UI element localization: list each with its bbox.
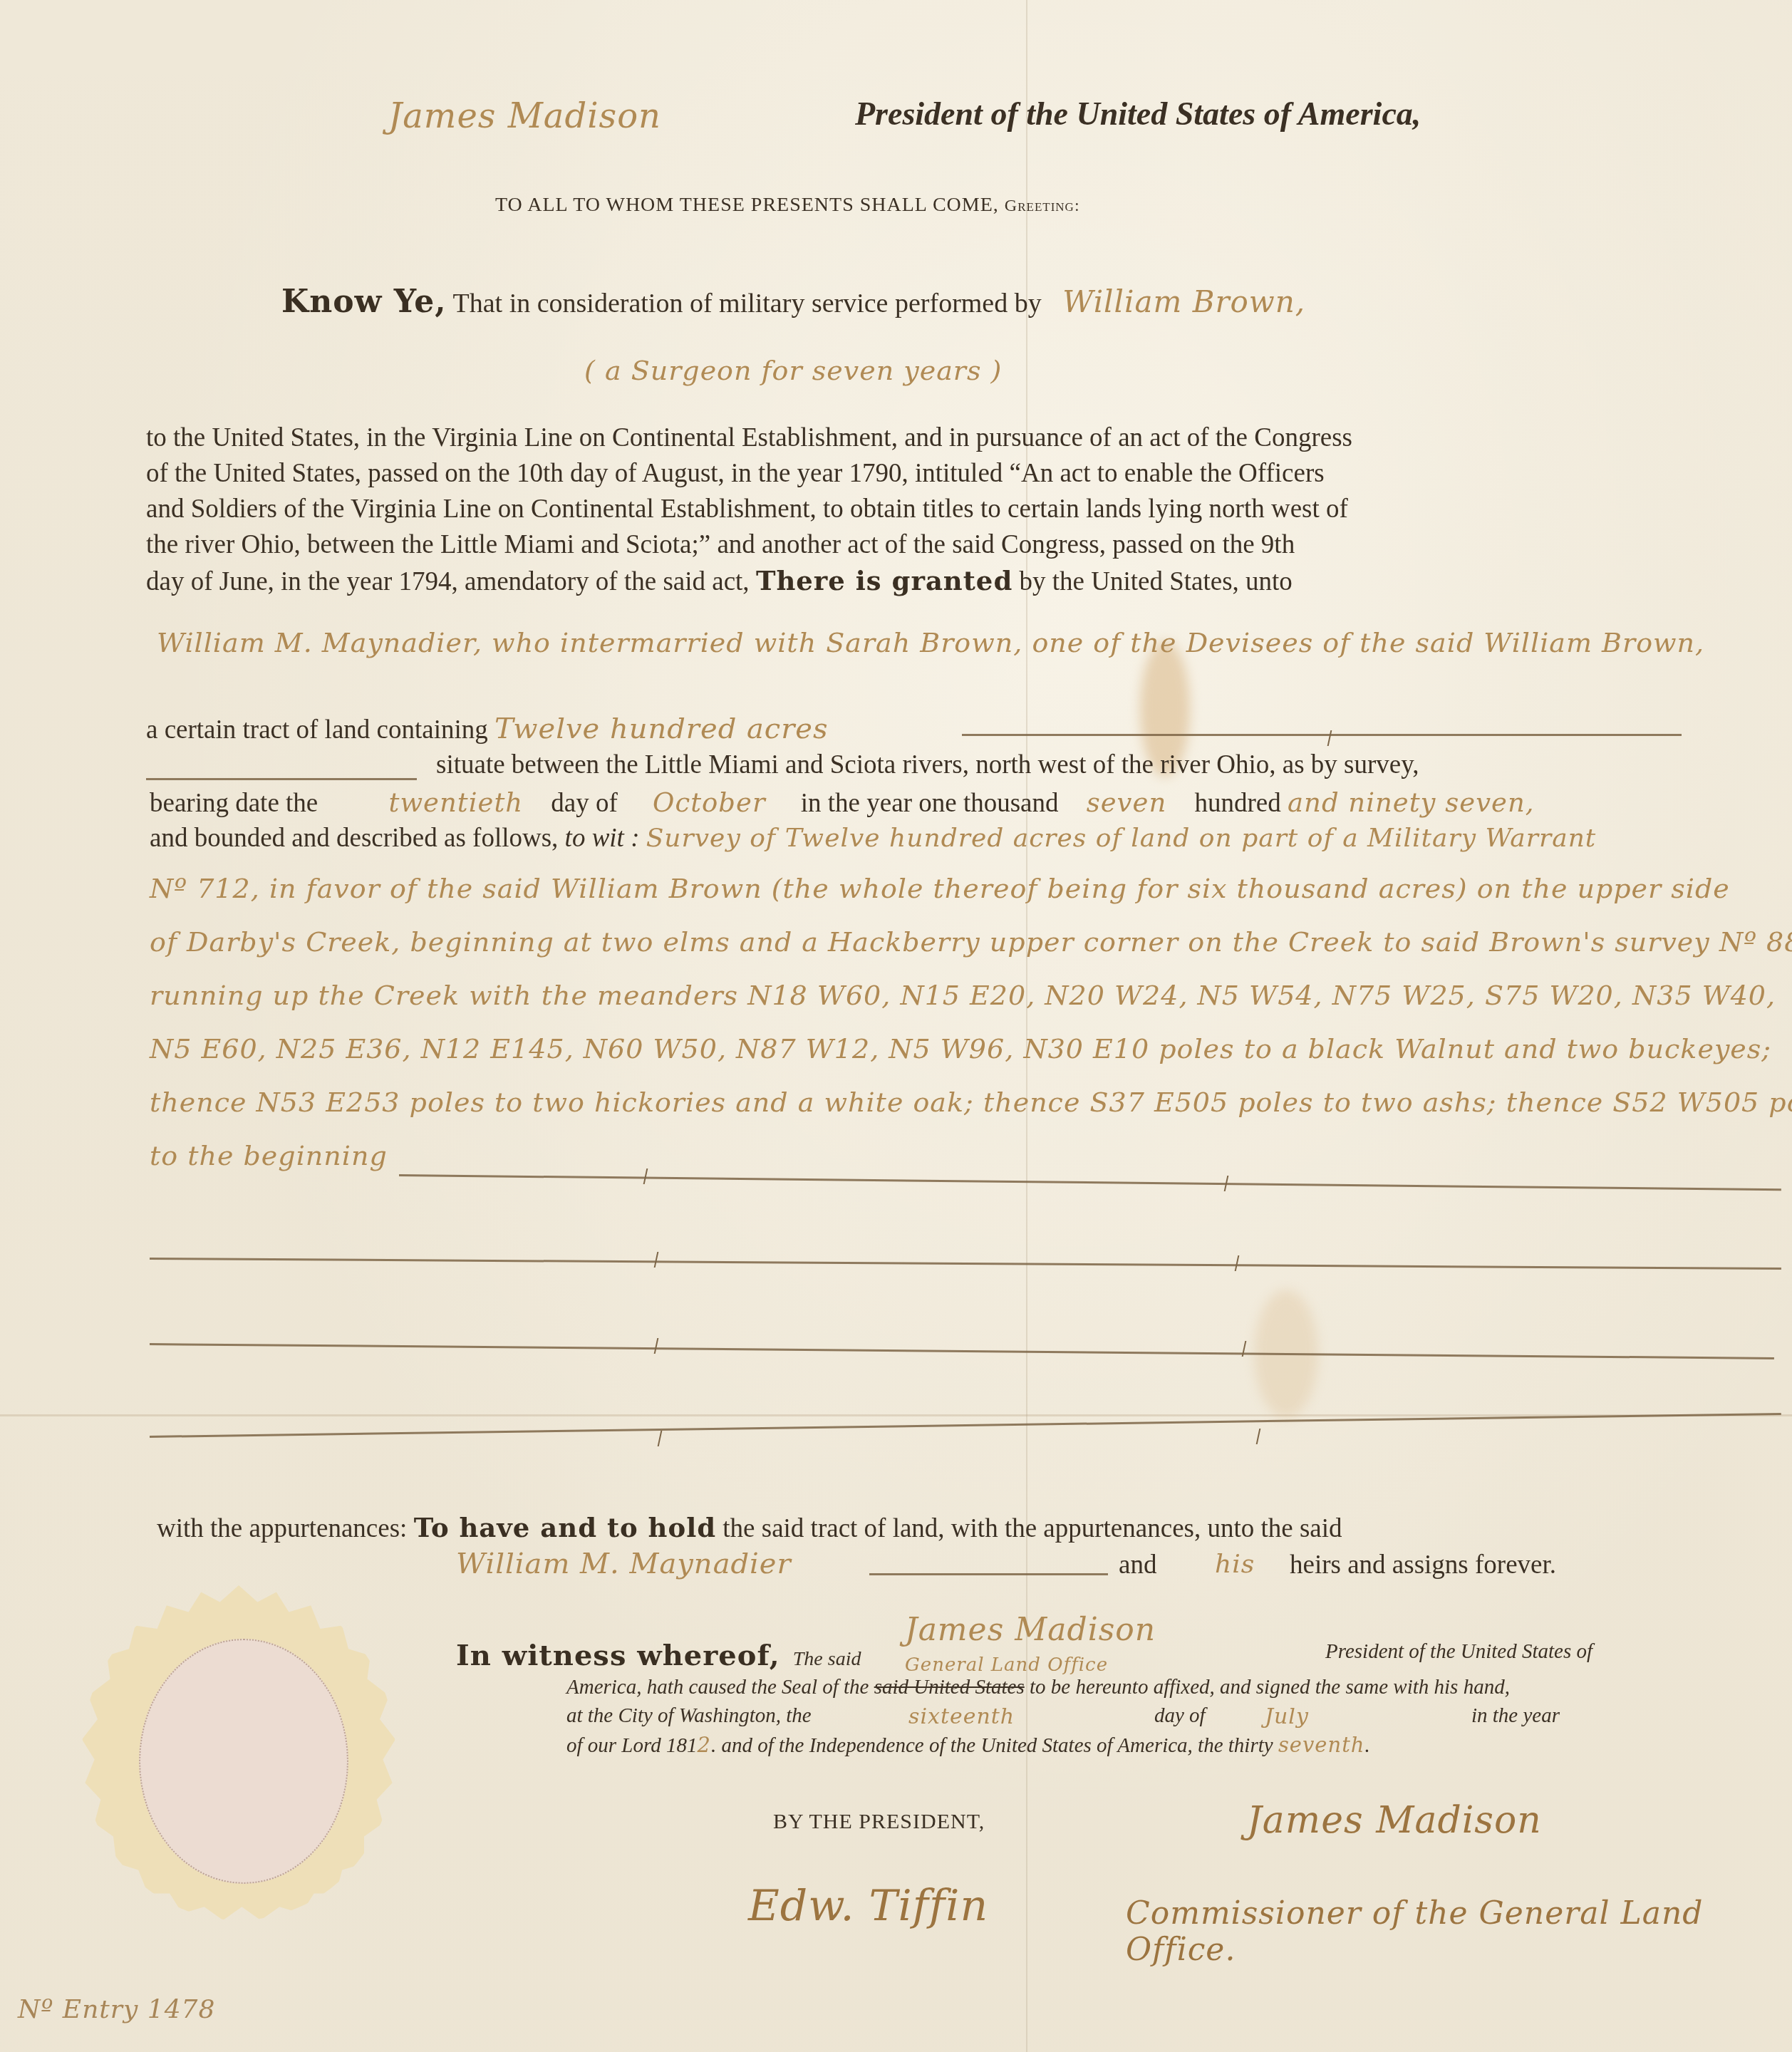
survey-month: October	[653, 787, 765, 818]
bounds-line: and bounded and described as follows, to…	[150, 823, 1596, 854]
witness-line-2a: America, hath caused the Seal of the	[566, 1676, 869, 1699]
seal-wafer	[139, 1639, 348, 1884]
granted-line-before: day of June, in the year 1794, amendator…	[146, 567, 750, 596]
granted-line: day of June, in the year 1794, amendator…	[146, 565, 1293, 597]
tract-line: a certain tract of land containing Twelv…	[146, 712, 829, 745]
know-ye-line: Know Ye, That in consideration of milita…	[281, 284, 1305, 320]
granted-emphasis: There is granted	[756, 565, 1012, 596]
fill-rule	[869, 1573, 1108, 1575]
survey-text-line: Nº 712, in favor of the said William Bro…	[150, 873, 1730, 904]
fill-rule	[150, 1413, 1781, 1438]
know-ye-lead: Know Ye,	[281, 284, 447, 320]
independence-text: . and of the Independence of the United …	[711, 1734, 1273, 1757]
year-digit: 2	[697, 1733, 710, 1757]
day-of-label: day of	[551, 789, 618, 818]
rule-tick	[654, 1252, 659, 1268]
the-said-label: The said	[793, 1648, 861, 1670]
habendum-grantee: William M. Maynadier	[456, 1548, 792, 1580]
survey-text-line: to the beginning	[150, 1140, 388, 1171]
witness-line-3c: in the year	[1471, 1704, 1560, 1728]
granted-line-after: by the United States, unto	[1020, 567, 1293, 596]
rule-tick	[654, 1338, 659, 1354]
president-signature: James Madison	[1247, 1799, 1542, 1842]
tract-acres: Twelve hundred acres	[494, 712, 829, 745]
habendum-line: with the appurtenances: To have and to h…	[157, 1512, 1342, 1544]
situate-line: situate between the Little Miami and Sci…	[436, 750, 1419, 780]
entry-number-note: Nº Entry 1478	[18, 1995, 215, 2024]
greeting-suffix: Greeting:	[1005, 197, 1080, 215]
grantee-line: William M. Maynadier, who intermarried w…	[157, 627, 1704, 658]
witness-title: President of the United States of	[1325, 1640, 1592, 1664]
witness-president-signature: James Madison	[905, 1612, 1156, 1648]
rule-tick	[1327, 730, 1332, 746]
witness-lead: In witness whereof,	[456, 1639, 780, 1672]
witness-line-3b: day of	[1154, 1704, 1206, 1728]
commissioner-title: Commissioner of the General Land Office.	[1126, 1895, 1792, 1968]
line-end: .	[1364, 1734, 1369, 1757]
witness-line-4: of our Lord 1812. and of the Independenc…	[566, 1733, 1370, 1758]
witness-line-3a: at the City of Washington, the	[566, 1704, 812, 1728]
to-wit-label: to wit :	[565, 824, 640, 853]
independence-ordinal: seventh	[1278, 1733, 1365, 1757]
survey-century: seven	[1087, 787, 1167, 818]
survey-text-line: thence N53 E253 poles to two hickories a…	[150, 1087, 1792, 1118]
survey-text-line: of Darby's Creek, beginning at two elms …	[150, 926, 1792, 958]
know-ye-text: That in consideration of military servic…	[453, 289, 1042, 318]
lord-year-prefix: of our Lord 181	[566, 1734, 697, 1757]
by-the-president: BY THE PRESIDENT,	[773, 1810, 985, 1834]
rule-tick	[1256, 1429, 1261, 1444]
survey-year-rest: and ninety seven,	[1288, 787, 1535, 818]
header-president-signature: James Madison	[388, 96, 661, 136]
insert-general-land-office: General Land Office	[905, 1654, 1108, 1676]
year-label: in the year one thousand	[801, 789, 1059, 818]
habendum-text: the said tract of land, with the appurte…	[723, 1514, 1342, 1543]
rule-tick	[658, 1431, 663, 1446]
rule-tick	[1235, 1255, 1240, 1271]
witness-line-2b: to be hereunto affixed, and signed the s…	[1030, 1676, 1510, 1699]
tract-label: a certain tract of land containing	[146, 715, 488, 745]
struck-said-united-states: said United States	[874, 1676, 1025, 1699]
survey-day: twentieth	[389, 787, 524, 818]
witness-day: sixteenth	[908, 1704, 1015, 1729]
survey-text-line: N5 E60, N25 E36, N12 E145, N60 W50, N87 …	[150, 1033, 1771, 1064]
habendum-label: with the appurtenances:	[157, 1514, 407, 1543]
greeting-text: TO ALL TO WHOM THESE PRESENTS SHALL COME…	[495, 194, 999, 216]
survey-date-line: bearing date the twentieth day of Octobe…	[150, 787, 1535, 819]
body-line: the river Ohio, between the Little Miami…	[146, 529, 1295, 560]
commissioner-signature: Edw. Tiffin	[748, 1881, 988, 1931]
body-line: to the United States, in the Virginia Li…	[146, 423, 1352, 453]
habendum-ending: heirs and assigns forever.	[1290, 1550, 1556, 1580]
witness-month: July	[1265, 1704, 1309, 1729]
body-line: of the United States, passed on the 10th…	[146, 458, 1325, 489]
witness-line-2: America, hath caused the Seal of the sai…	[566, 1676, 1510, 1699]
witness-line-1: In witness whereof, The said	[456, 1639, 861, 1672]
greeting-line: TO ALL TO WHOM THESE PRESENTS SHALL COME…	[495, 194, 1080, 217]
bounds-label: and bounded and described as follows,	[150, 824, 558, 853]
heir-pronoun: his	[1215, 1550, 1255, 1579]
survey-text-line: Survey of Twelve hundred acres of land o…	[646, 824, 1597, 853]
survey-text-line: running up the Creek with the meanders N…	[150, 980, 1776, 1011]
bearing-date-label: bearing date the	[150, 789, 318, 818]
original-grantee-name: William Brown,	[1062, 284, 1305, 319]
fill-rule	[150, 1258, 1781, 1270]
hundred-label: hundred	[1195, 789, 1281, 818]
habendum-emphasis: To have and to hold	[414, 1512, 716, 1543]
header-president-title: President of the United States of Americ…	[855, 95, 1421, 133]
fill-rule	[399, 1174, 1781, 1191]
fill-rule	[962, 734, 1682, 736]
fill-rule	[150, 1343, 1774, 1359]
fill-rule	[146, 778, 417, 780]
service-note: ( a Surgeon for seven years )	[584, 355, 1002, 386]
and-label: and	[1119, 1550, 1156, 1580]
body-line: and Soldiers of the Virginia Line on Con…	[146, 494, 1348, 524]
